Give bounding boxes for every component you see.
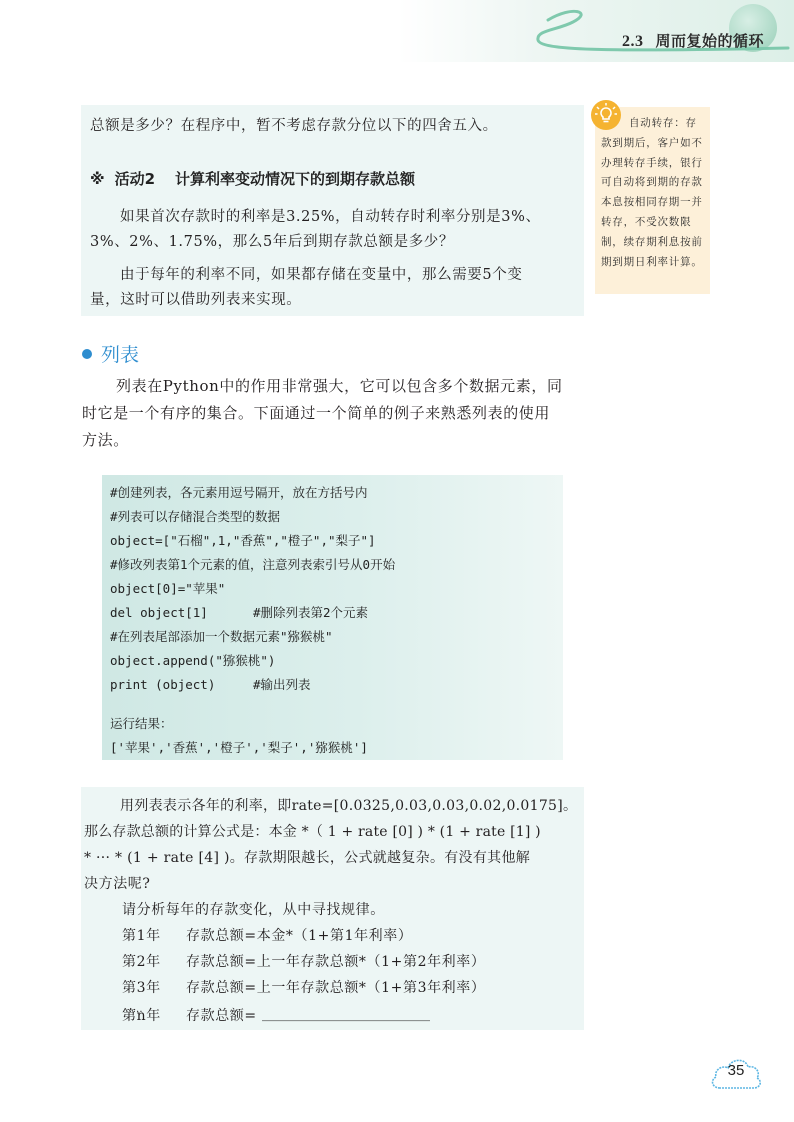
side-note: 自动转存：存款到期后，客户如不办理转存手续，银行可自动将到期的存款本息按相同存期… [595, 107, 710, 294]
section-title: 周而复始的循环 [655, 32, 764, 50]
code-line: #列表可以存储混合类型的数据 [110, 507, 280, 525]
year-label: 第1年 [122, 922, 161, 950]
activity-label: 活动2 [115, 170, 155, 188]
intro-text: 时它是一个有序的集合。下面通过一个简单的例子来熟悉列表的使用 [82, 399, 550, 427]
answer-blank: ________________________ [262, 1000, 430, 1028]
formula-text: 决方法呢? [84, 870, 151, 898]
intro-text: 方法。 [82, 426, 129, 454]
page-number: 35 [708, 1062, 764, 1079]
activity-text: 量，这时可以借助列表来实现。 [90, 286, 301, 314]
section-heading-text: 列表 [101, 340, 139, 367]
code-line: print (object) #输出列表 [110, 675, 311, 693]
result-label: 运行结果： [110, 714, 173, 732]
formula-text: 请分析每年的存款变化，从中寻找规律。 [122, 896, 385, 924]
code-line: object=["石榴",1,"香蕉","橙子","梨子"] [110, 531, 376, 549]
code-line: #创建列表，各元素用逗号隔开，放在方括号内 [110, 483, 368, 501]
reference-mark: ※ [90, 170, 105, 188]
year-formula: 存款总额= [186, 1002, 257, 1030]
formula-text: 用列表表示各年的利率，即rate=[0.0325,0.03,0.03,0.02,… [120, 792, 577, 820]
year-formula: 存款总额=本金*（1+第1年利率） [186, 922, 412, 950]
intro-text: 列表在Python中的作用非常强大，它可以包含多个数据元素，同 [116, 372, 563, 400]
chapter-header: 2.3周而复始的循环 [398, 0, 794, 62]
section-heading: 列表 [82, 340, 139, 367]
activity-text: 如果首次存款时的利率是3.25%，自动转存时利率分别是3%、 [120, 203, 541, 231]
activity-title: 计算利率变动情况下的到期存款总额 [175, 170, 415, 188]
code-line: #修改列表第1个元素的值，注意列表索引号从0开始 [110, 555, 395, 573]
year-formula: 存款总额=上一年存款总额*（1+第3年利率） [186, 974, 485, 1002]
code-line: object[0]="苹果" [110, 579, 225, 597]
code-line: del object[1] #删除列表第2个元素 [110, 603, 368, 621]
page-number-badge: 35 [708, 1052, 764, 1092]
year-label: 第2年 [122, 948, 161, 976]
year-label: 第n年 [122, 1002, 161, 1030]
side-note-text: 自动转存：存款到期后，客户如不办理转存手续，银行可自动将到期的存款本息按相同存期… [601, 114, 707, 272]
activity-text: 总额是多少？在程序中，暂不考虑存款分位以下的四舍五入。 [90, 112, 498, 140]
activity-heading: ※活动2计算利率变动情况下的到期存款总额 [90, 168, 415, 189]
result-output: ['苹果','香蕉','橙子','梨子','猕猴桃'] [110, 738, 368, 756]
formula-text: * ··· * (1 + rate [4] )。存款期限越长，公式就越复杂。有没… [84, 844, 530, 872]
code-line: #在列表尾部添加一个数据元素"猕猴桃" [110, 627, 333, 645]
bullet-dot-icon [82, 349, 92, 359]
activity-text: 由于每年的利率不同，如果都存储在变量中，那么需要5个变 [120, 261, 522, 289]
formula-text: 那么存款总额的计算公式是：本金 *（ 1 + rate [0] ) * (1 +… [84, 818, 541, 846]
section-number: 2.3 [622, 33, 644, 50]
chapter-title: 2.3周而复始的循环 [622, 30, 764, 51]
year-formula: 存款总额=上一年存款总额*（1+第2年利率） [186, 948, 485, 976]
code-line: object.append("猕猴桃") [110, 651, 275, 669]
side-note-content: 自动转存：存款到期后，客户如不办理转存手续，银行可自动将到期的存款本息按相同存期… [601, 117, 703, 268]
activity-text: 3%、2%、1.75%，那么5年后到期存款总额是多少？ [90, 228, 454, 256]
